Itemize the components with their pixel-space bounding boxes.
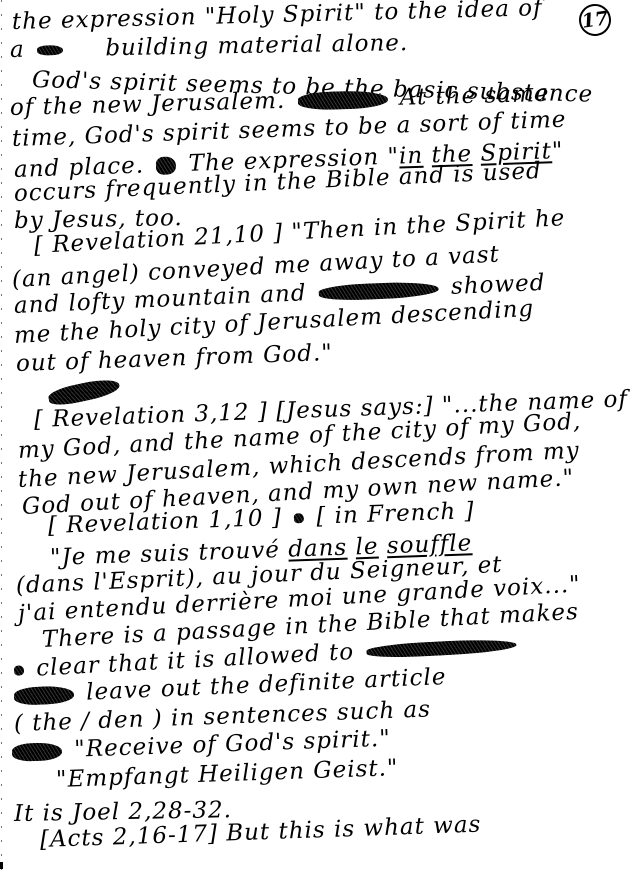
text-line: a building material alone. — [10, 29, 409, 64]
crossed-out-scribble — [366, 637, 517, 659]
manuscript-page: 17 the expression "Holy Spirit" to the i… — [0, 0, 638, 877]
text-fragment: " — [551, 138, 563, 164]
ink-mark — [14, 665, 25, 676]
text-line — [44, 377, 124, 405]
page-number-circle: 17 — [577, 2, 613, 38]
scan-corner-mark — [0, 862, 3, 869]
text-fragment: [ Revelation 1,10 ] — [48, 505, 283, 539]
text-fragment: [ in French ] — [316, 498, 475, 530]
text-fragment: a — [10, 37, 25, 63]
crossed-out-scribble — [37, 45, 63, 55]
crossed-out-scribble — [319, 280, 440, 301]
ink-mark — [294, 513, 304, 523]
text-fragment: building material alone. — [105, 30, 408, 61]
scan-edge-artifact — [1, 0, 2, 877]
crossed-out-scribble — [14, 685, 75, 706]
crossed-out-scribble — [12, 742, 63, 762]
crossed-out-scribble — [297, 90, 387, 110]
